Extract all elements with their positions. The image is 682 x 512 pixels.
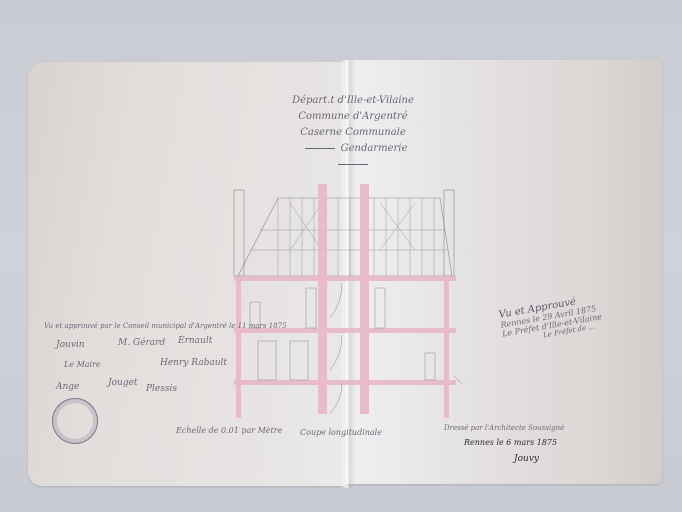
council-approval-text: Vu et approuvé par le Conseil municipal … xyxy=(44,322,287,330)
architect-date: Rennes le 6 mars 1875 xyxy=(464,438,557,447)
title-block: Départ.t d'Ille-et-Vilaine Commune d'Arg… xyxy=(278,93,428,173)
title-department: Départ.t d'Ille-et-Vilaine xyxy=(278,93,428,109)
section-drawing xyxy=(230,178,462,428)
drawing-label: Coupe longitudinale xyxy=(300,428,382,437)
title-subtitle: Gendarmerie xyxy=(278,141,428,173)
signature-6: Ange xyxy=(56,382,79,392)
signature-3: Ernault xyxy=(178,336,212,346)
architect-signature: Jouvy xyxy=(514,454,539,464)
signature-1: Jouvin xyxy=(56,340,85,350)
signature-2: M. Gérard xyxy=(118,338,165,348)
signature-7: Jouget xyxy=(108,378,138,388)
title-building: Caserne Communale xyxy=(278,125,428,141)
document-sheet: Départ.t d'Ille-et-Vilaine Commune d'Arg… xyxy=(28,58,662,488)
title-commune: Commune d'Argentré xyxy=(278,109,428,125)
signature-8: Plessis xyxy=(146,384,177,394)
architect-credit: Dressé par l'Architecte Soussigné xyxy=(444,424,564,432)
signature-5: Henry Rabault xyxy=(160,358,227,368)
municipal-seal-stamp xyxy=(52,398,98,444)
signature-4: Le Maire xyxy=(64,360,101,369)
scale-label: Echelle de 0.01 par Mètre xyxy=(176,426,282,435)
